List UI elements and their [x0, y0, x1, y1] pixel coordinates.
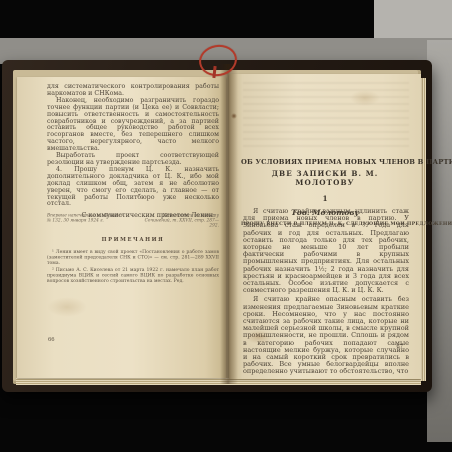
left-page-body: для систематического контролирования раб… — [47, 84, 219, 219]
page-stack-right-edge — [421, 78, 426, 381]
section-number: 1 — [241, 194, 409, 203]
footnote: ¹ Ленин имеет в виду свой проект «Постан… — [47, 249, 219, 266]
page-number-left: 66 — [48, 337, 55, 343]
body-paragraph: 4. Прошу пленум Ц. К. назначить дополнит… — [47, 167, 219, 208]
footnote: ² Письмо А. С. Киселева от 21 марта 1922… — [47, 267, 219, 284]
book-photo-scene: для систематического контролирования раб… — [0, 0, 452, 452]
ink-bleed-through — [243, 82, 409, 148]
gutter-shadow — [220, 64, 238, 384]
backdrop-top-right — [374, 0, 452, 40]
notes-heading: ПРИМЕЧАНИЯ — [47, 237, 219, 243]
chapter-title-line1: ОБ УСЛОВИЯХ ПРИЕМА НОВЫХ ЧЛЕНОВ В ПАРТИЮ… — [241, 158, 409, 166]
imprint-source: Печатается по тексту Сочинений, т. XXVII… — [140, 213, 219, 228]
imprint-row: Впервые напечатано в «Правде» № 132, 30 … — [47, 213, 219, 228]
right-page: ОБ УСЛОВИЯХ ПРИЕМА НОВЫХ ЧЛЕНОВ В ПАРТИЮ… — [229, 74, 421, 379]
body-paragraph: Наконец, необходимо разграничить гораздо… — [47, 98, 219, 153]
footnotes-block: ¹ Ленин имеет в виду свой проект «Постан… — [47, 249, 219, 285]
right-page-body: Я считаю крайне важным удлинить стаж для… — [243, 208, 409, 376]
body-paragraph: Выработать проект соответствующей резолю… — [47, 153, 219, 167]
page-stain — [47, 297, 87, 317]
left-page: для систематического контролирования раб… — [17, 77, 226, 378]
body-paragraph: Я считаю крайне опасным оставить без изм… — [243, 296, 409, 375]
chapter-title-line2: ДВЕ ЗАПИСКИ В. М. МОЛОТОВУ — [241, 169, 409, 187]
page-number-right: 67 — [396, 344, 403, 350]
body-paragraph: для систематического контролирования раб… — [47, 84, 219, 98]
body-paragraph: Я считаю крайне важным удлинить стаж для… — [243, 208, 409, 294]
imprint-first-published: Впервые напечатано в «Правде» № 132, 30 … — [47, 213, 126, 228]
page-stack-bottom-edge — [16, 378, 421, 385]
